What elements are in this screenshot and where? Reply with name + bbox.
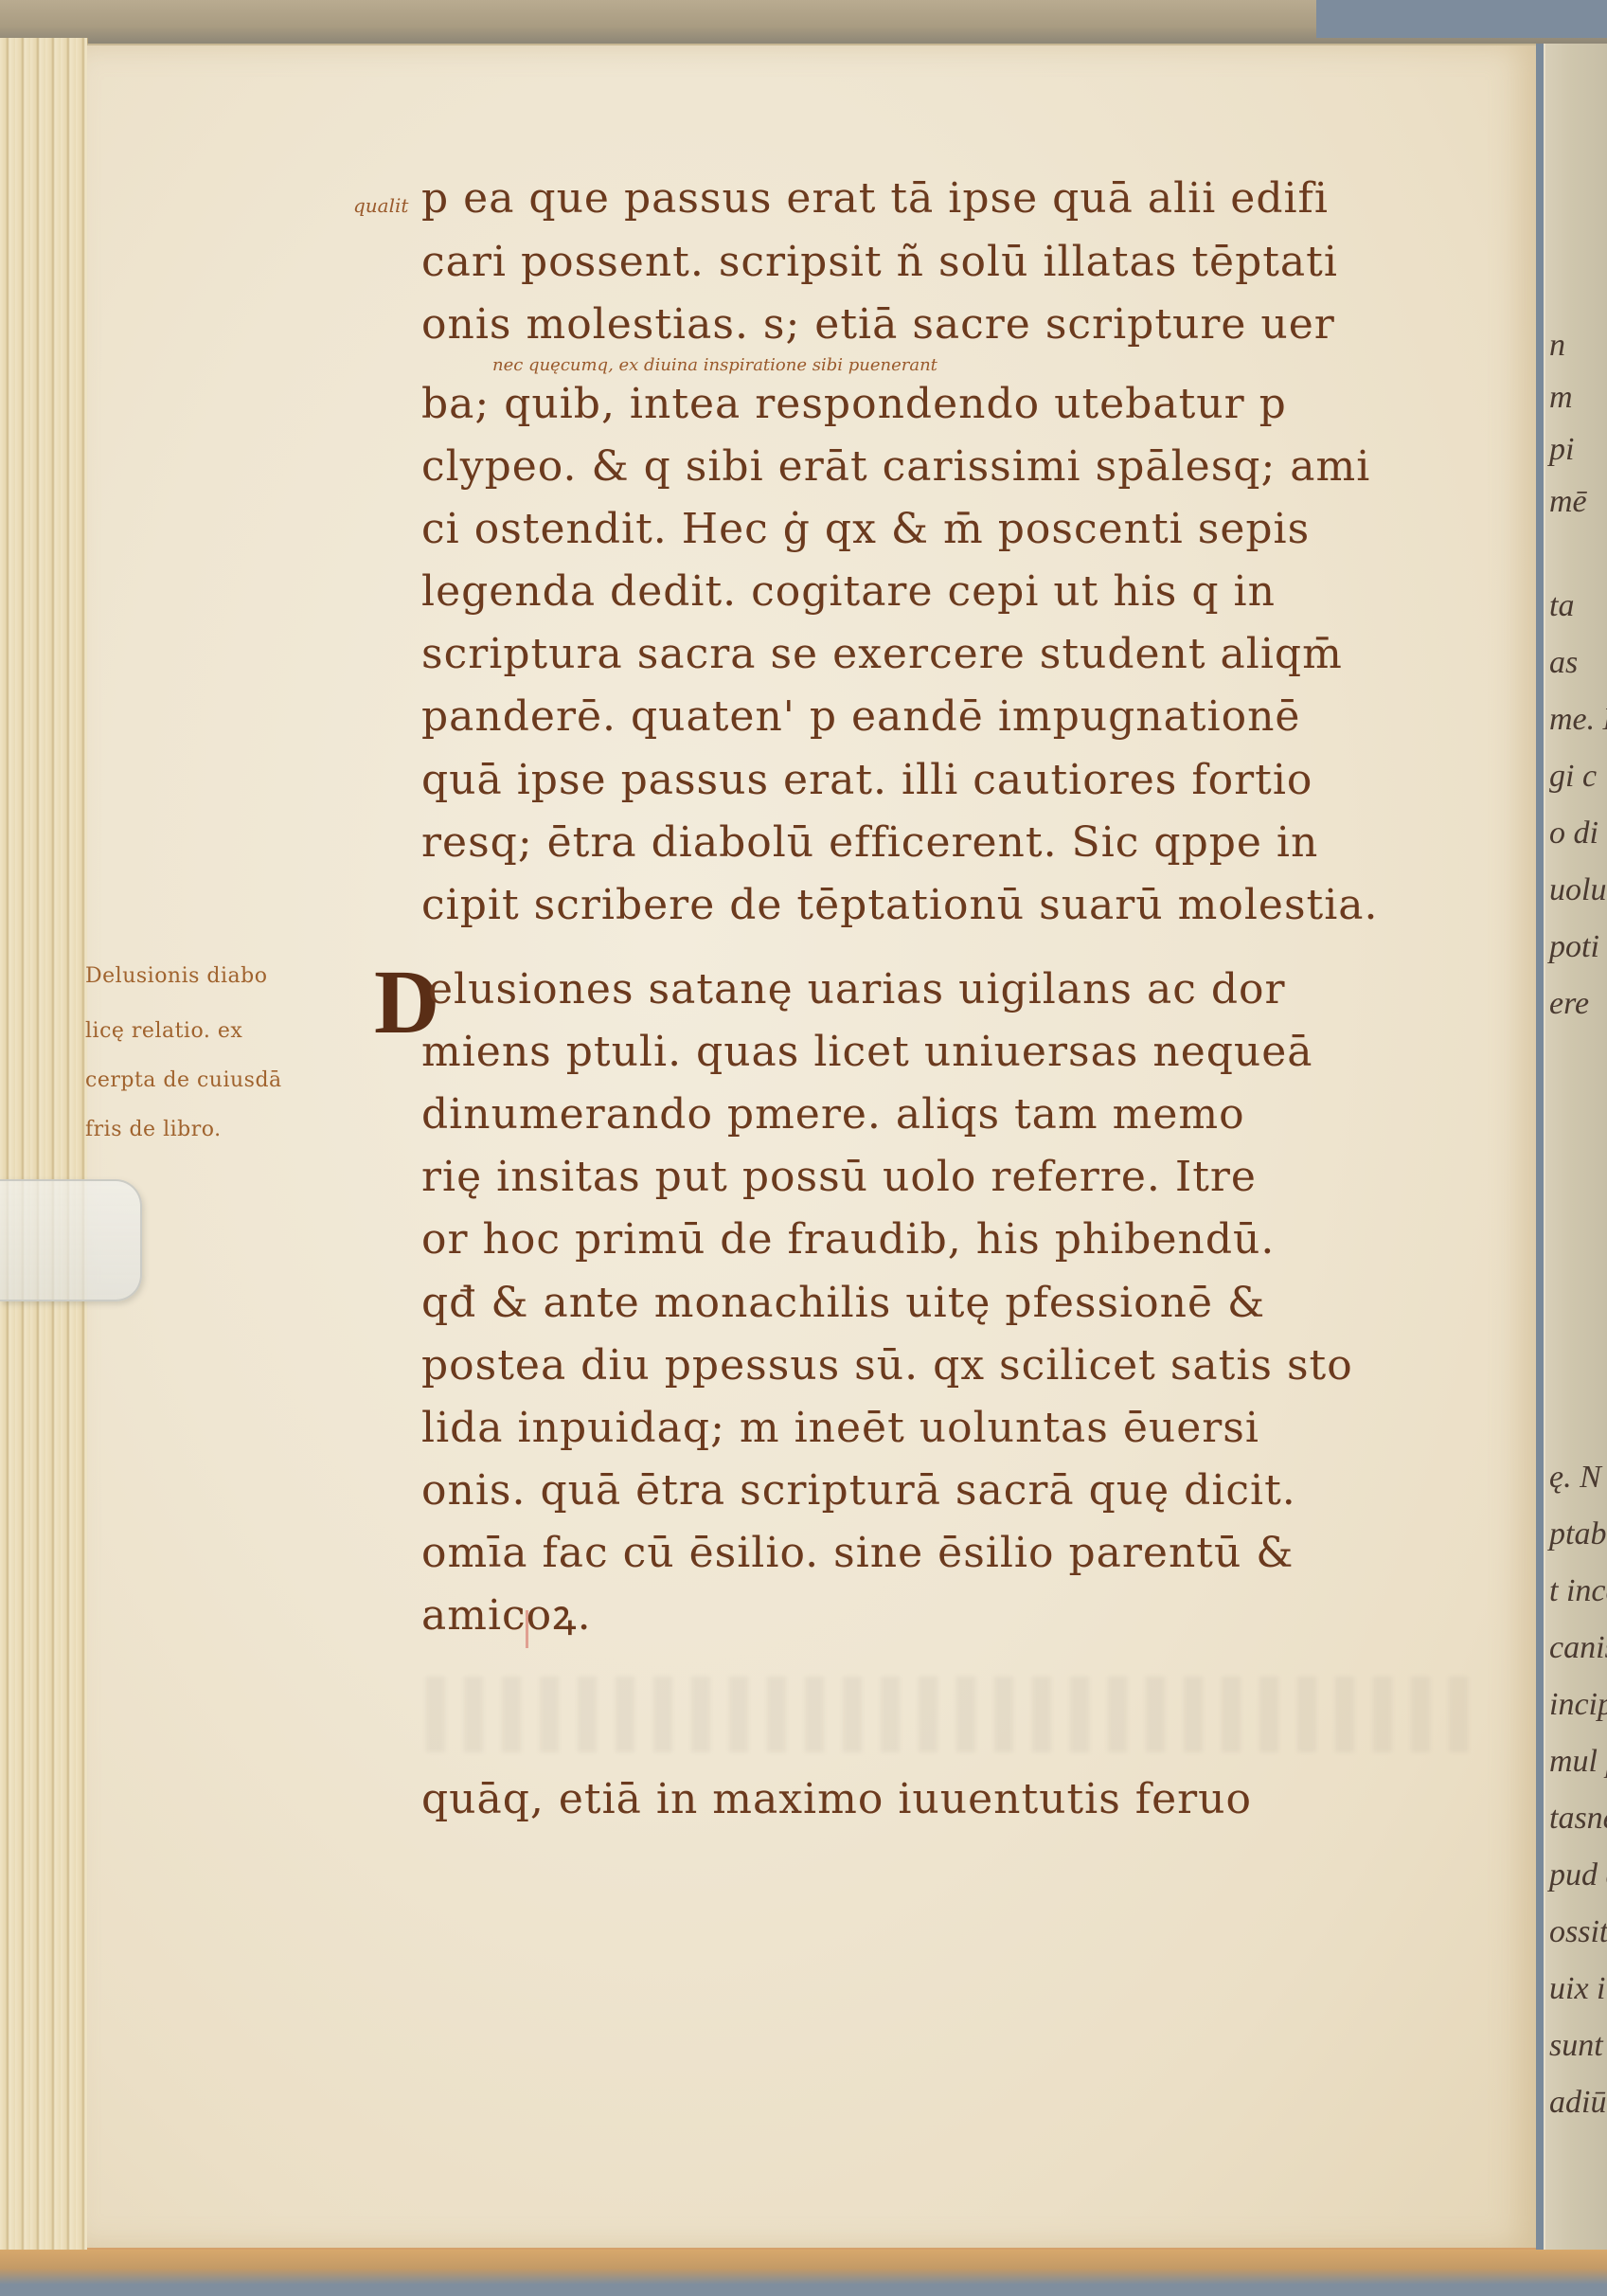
text-line-10: quā ipse passus erat. illi cautiores for… (421, 755, 1312, 806)
facing-page-fragment: canis crim (1549, 1630, 1607, 1666)
text-line-9: panderē. quaten' p eandē impugnationē (421, 691, 1300, 743)
facing-page-fragment: ossit pm (1549, 1914, 1607, 1950)
facing-page-fragment: ę. N (1549, 1460, 1601, 1496)
facing-page-fragment: tasne in (1549, 1801, 1607, 1837)
facing-page-fragment: me. H (1549, 702, 1607, 738)
facing-page-fragment: sunt cupi (1549, 2028, 1607, 2064)
margin-rubric-line-2: licę relatio. ex (85, 1019, 242, 1043)
text-line-3: onis molestias. s; etiā sacre scripture … (421, 299, 1335, 350)
chapter-line-8: lida inpuidaq; m ineēt uoluntas ēuersi (421, 1403, 1259, 1454)
facing-page-fragment: ta (1549, 588, 1574, 624)
facing-page-fragment: t incassu (1549, 1573, 1607, 1609)
text-line-2: cari possent. scripsit ñ solū illatas tē… (421, 237, 1338, 288)
text-line-4: ba; quib, intea respondendo utebatur p (421, 379, 1287, 430)
margin-rubric-line-1: Delusionis diabo (85, 964, 268, 988)
chapter-line-11: amicoꝝ. (421, 1590, 592, 1641)
backdrop-top-right (1316, 0, 1607, 38)
chapter-line-9: onis. quā ētra scripturā sacrā quę dicit… (421, 1465, 1296, 1516)
facing-page-fragment: pi (1549, 432, 1574, 468)
facing-page-fragment: uolu (1549, 872, 1606, 908)
top-margin-note: qualit (353, 194, 408, 217)
text-line-6: ci ostendit. Hec ġ qx & m̄ poscenti sepi… (421, 504, 1310, 555)
facing-page-fragment: as (1549, 645, 1578, 681)
text-line-5: clypeo. & q sibi erāt carissimi spālesq;… (421, 441, 1370, 493)
facing-page-fragment: poti (1549, 929, 1599, 965)
chapter-line-2: miens ptuli. quas licet uniuersas nequeā (421, 1027, 1313, 1078)
margin-rubric-line-3: cerpta de cuiusdā (85, 1068, 282, 1092)
erased-text-area (426, 1677, 1477, 1752)
facing-page-fragment: pud dm (1549, 1857, 1607, 1893)
margin-rubric-line-4: fris de libro. (85, 1118, 222, 1141)
facing-page-fragment: mul pare (1549, 1744, 1607, 1780)
facing-page-fragment: ptab (1549, 1516, 1606, 1552)
facing-page-fragment: n (1549, 328, 1565, 364)
text-line-7: legenda dedit. cogitare cepi ut his q in (421, 566, 1276, 618)
text-line-8: scriptura sacra se exercere student aliq… (421, 629, 1343, 680)
text-line-12: cipit scribere de tēptationū suarū moles… (421, 880, 1379, 931)
chapter-line-3: dinumerando pmere. aliqs tam memo (421, 1089, 1245, 1140)
facing-page-fragment: mē (1549, 484, 1587, 520)
chapter-line-7: postea diu ppessus sū. qx scilicet satis… (421, 1340, 1353, 1391)
chapter-line-6: qđ & ante monachilis uitę pfessionē & (421, 1278, 1265, 1329)
chapter-line-4: rię insitas put possū uolo referre. Itre (421, 1152, 1257, 1203)
chapter-line-10: omīa fac cū ēsilio. sine ēsilio parentū … (421, 1528, 1294, 1579)
facing-page-fragment: uix iust (1549, 1971, 1607, 2007)
facing-page-fragment: o di (1549, 816, 1598, 852)
page-holder-clip (0, 1179, 142, 1301)
book-bottom-edge (0, 2250, 1607, 2296)
text-line-11: resq; ētra diabolū efficerent. Sic qppe … (421, 817, 1318, 869)
page-stack-edges (0, 38, 88, 2254)
facing-page-fragment: ere (1549, 986, 1589, 1022)
final-text-line: quāq, etiā in maximo iuuentutis feruo (421, 1774, 1252, 1825)
facing-page-fragment: gi c (1549, 759, 1597, 795)
chapter-line-5: or hoc primū de fraudib, his phibendū. (421, 1214, 1275, 1265)
facing-page-fragment: m (1549, 380, 1573, 416)
interlinear-gloss: nec quęcumq, ex diuina inspiratione sibi… (492, 355, 937, 375)
facing-page-fragment: incipib,. s (1549, 1687, 1607, 1723)
facing-page-strip: nmpimētaasme. Hgi co diuolupotiereę. Npt… (1544, 44, 1607, 2296)
text-line-1: p ea que passus erat tā ipse quā alii ed… (421, 173, 1329, 224)
chapter-line-1: elusiones satanę uarias uigilans ac dor (428, 964, 1286, 1015)
facing-page-fragment: adiū ēuer (1549, 2085, 1607, 2121)
